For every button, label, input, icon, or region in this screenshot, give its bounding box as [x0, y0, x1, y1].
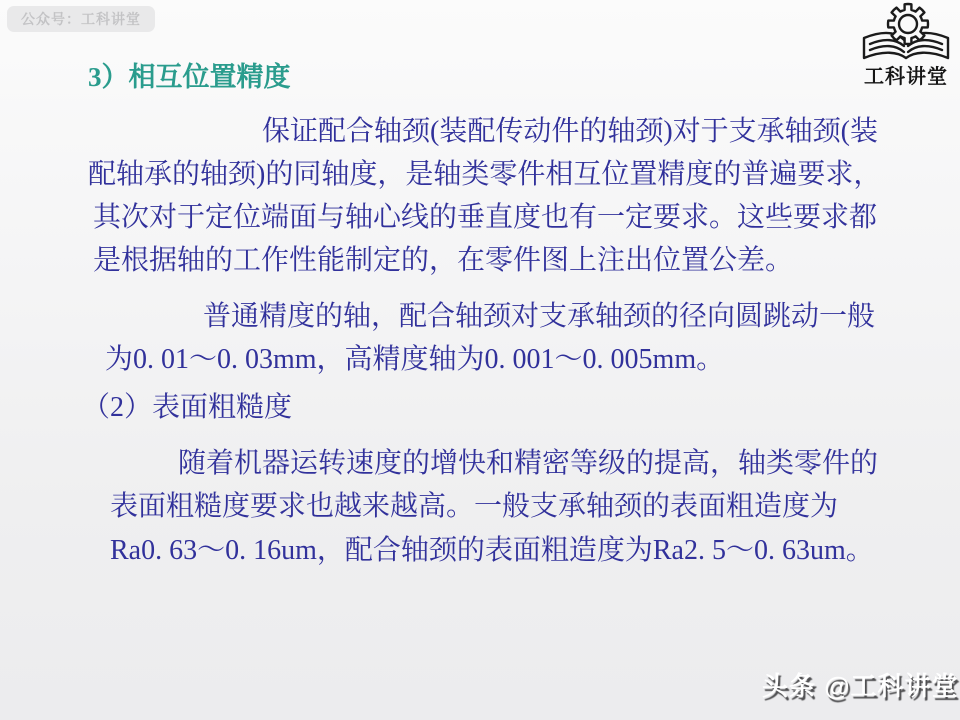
- para3-line2: 表面粗糙度要求也越来越高。一般支承轴颈的表面粗造度为: [110, 492, 838, 522]
- presentation-slide: 公众号：工科讲堂 工科讲堂 3）相互位置精度 保证配合轴颈(装配传动件的轴颈)对…: [0, 0, 960, 720]
- gear-icon: [888, 4, 928, 44]
- section-heading-surface-roughness: （2）表面粗糙度: [82, 393, 292, 423]
- para1-line3: 其次对于定位端面与轴心线的垂直度也有一定要求。这些要求都: [93, 203, 877, 233]
- para3-line1: 随着机器运转速度的增快和精密等级的提高，轴类零件的: [178, 449, 878, 479]
- para1-line4: 是根据轴的工作性能制定的，在零件图上注出位置公差。: [93, 246, 793, 276]
- toutiao-watermark: 头条 @工科讲堂: [762, 666, 959, 703]
- para2-line2: 为0. 01～0. 03mm，高精度轴为0. 001～0. 005mm。: [105, 345, 724, 375]
- gear-book-icon: [858, 2, 954, 62]
- para1-line1: 保证配合轴颈(装配传动件的轴颈)对于支承轴颈(装: [262, 117, 878, 147]
- brand-logo-title: 工科讲堂: [858, 60, 954, 89]
- para1-line2: 配轴承的轴颈)的同轴度，是轴类零件相互位置精度的普遍要求，: [88, 160, 881, 190]
- brand-logo: 工科讲堂: [858, 2, 954, 89]
- section-heading-position-accuracy: 3）相互位置精度: [88, 62, 291, 92]
- wechat-account-badge: 公众号：工科讲堂: [7, 6, 155, 32]
- para3-line3: Ra0. 63～0. 16um，配合轴颈的表面粗造度为Ra2. 5～0. 63u…: [110, 536, 874, 566]
- para2-line1: 普通精度的轴，配合轴颈对支承轴颈的径向圆跳动一般: [203, 302, 875, 332]
